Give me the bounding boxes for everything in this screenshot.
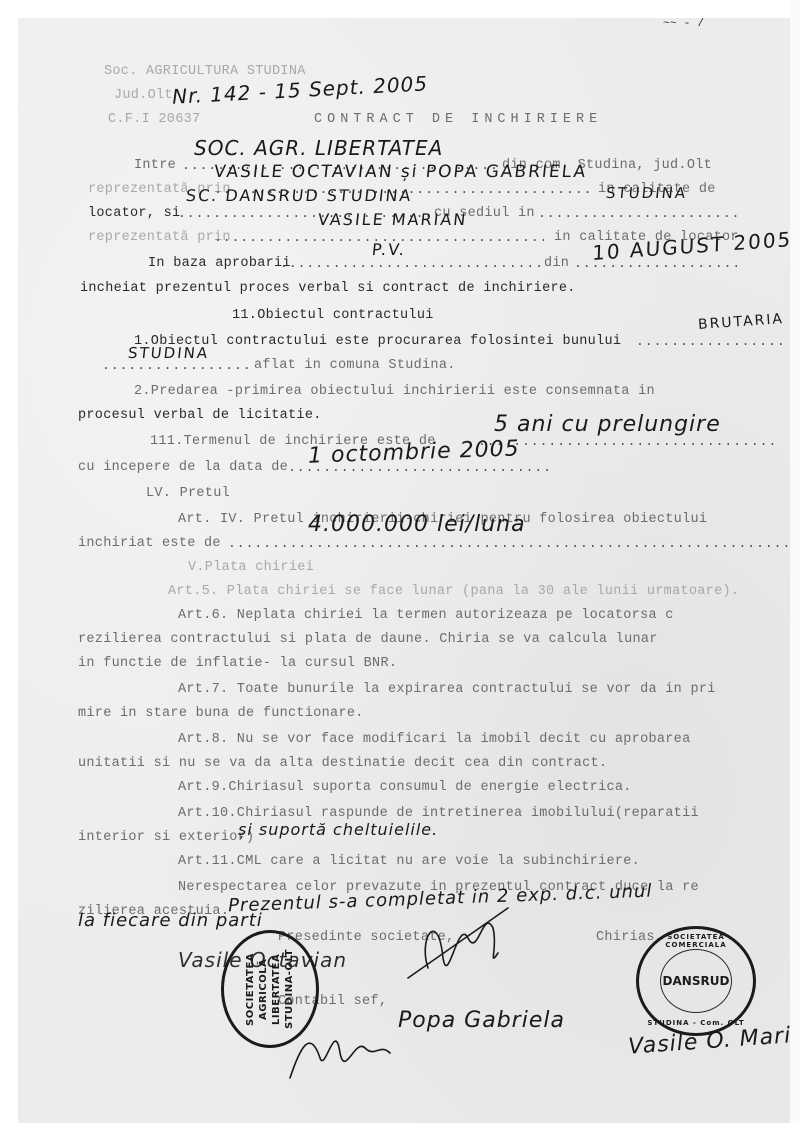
article-10: Art.10.Chiriasul raspunde de intretinere… [178, 806, 699, 821]
between-label: Intre [134, 158, 176, 173]
article-7-cont: mire in stare buna de functionare. [78, 706, 364, 721]
price-article-cont: inchiriat este de [78, 536, 221, 551]
term-duration: 5 ani cu prelungire [494, 412, 721, 437]
object-name: BRUTARIA [698, 311, 785, 333]
section-price-title: LV. Pretul [146, 486, 230, 501]
concluded-statement: incheiat prezentul proces verbal si cont… [80, 281, 576, 296]
represented-by-label-2: reprezentată prin [88, 230, 231, 245]
org-name: Soc. AGRICULTURA STUDINA [104, 64, 306, 79]
dotted-line: ........................................… [280, 256, 540, 271]
accountant-signature-scribble [280, 1008, 400, 1088]
dotted-line: .................. [636, 334, 786, 349]
copies-note-cont: la fiecare din parti [78, 910, 263, 931]
lessor-name: SOC. AGR. LIBERTATEA [194, 136, 443, 160]
section-object-title: 11.Obiectul contractului [232, 308, 434, 323]
corner-mark: ~~ - / [663, 18, 704, 30]
company-stamp-right: SOCIETATEA COMERCIALA DANSRUD STUDINA - … [636, 926, 756, 1036]
dotted-line: ........................................… [228, 536, 788, 551]
stamp-right-center: DANSRUD [660, 949, 732, 1013]
article-9: Art.9.Chiriasul suporta consumul de ener… [178, 780, 632, 795]
article-11: Art.11.CML care a licitat nu are voie la… [178, 854, 640, 869]
article-6-cont-1: rezilierea contractului si plata de daun… [78, 632, 658, 647]
approval-ref: P.V. [371, 240, 407, 259]
org-fiscal-code: C.F.I 20637 [108, 112, 200, 127]
lessor-representatives: VASILE OCTAVIAN și POPA GABRIELA [213, 162, 588, 182]
locator-label: locator, si [88, 206, 180, 221]
article-6-cont-2: in functie de inflatie- la cursul BNR. [78, 656, 397, 671]
article-6: Art.6. Neplata chiriei la termen autoriz… [178, 608, 674, 623]
object-article-1-cont: aflat in comuna Studina. [254, 358, 456, 373]
approval-label: In baza aprobarii [148, 256, 291, 271]
article-10-handwritten: și suportă cheltuielile. [238, 820, 438, 839]
object-article-2: 2.Predarea -primirea obiectului inchirie… [134, 384, 655, 399]
article-8-cont: unitatii si nu se va da alta destinatie … [78, 756, 607, 771]
document-title: CONTRACT DE INCHIRIERE [314, 112, 602, 127]
section-payment-title: V.Plata chiriei [188, 560, 314, 575]
article-10-cont: interior si exterior) [78, 830, 254, 845]
stamp-right-ring-top: SOCIETATEA COMERCIALA [639, 933, 753, 949]
page-edge [790, 0, 800, 1123]
dotted-line: .............................. [538, 206, 738, 221]
president-signature-name: Vasile Octavian [178, 948, 347, 972]
lessee-seat: STUDINA [605, 184, 688, 202]
article-5: Art.5. Plata chiriei se face lunar (pana… [168, 584, 739, 599]
price-amount: 4.000.000 lei/luna [308, 512, 526, 537]
start-date-label: cu incepere de la data de [78, 460, 288, 475]
article-8: Art.8. Nu se vor face modificari la imob… [178, 732, 690, 747]
approval-from-label: din [544, 256, 569, 271]
document-page: Soc. AGRICULTURA STUDINA Jud.Olt Nr. 142… [18, 18, 790, 1123]
president-signature-scribble [398, 898, 518, 988]
lessee-representative: VASILE MARIAN [317, 210, 468, 229]
stamp-right-ring-bottom: STUDINA - Com. OLT [639, 1019, 753, 1027]
article-7: Art.7. Toate bunurile la expirarea contr… [178, 682, 716, 697]
object-article-2-cont: procesul verbal de licitatie. [78, 408, 322, 423]
accountant-signature-name: Popa Gabriela [398, 1008, 565, 1033]
org-county: Jud.Olt [114, 88, 173, 103]
object-location: STUDINA [127, 344, 210, 362]
lessee-name: SC. DANSRUD STUDINA [185, 186, 413, 205]
